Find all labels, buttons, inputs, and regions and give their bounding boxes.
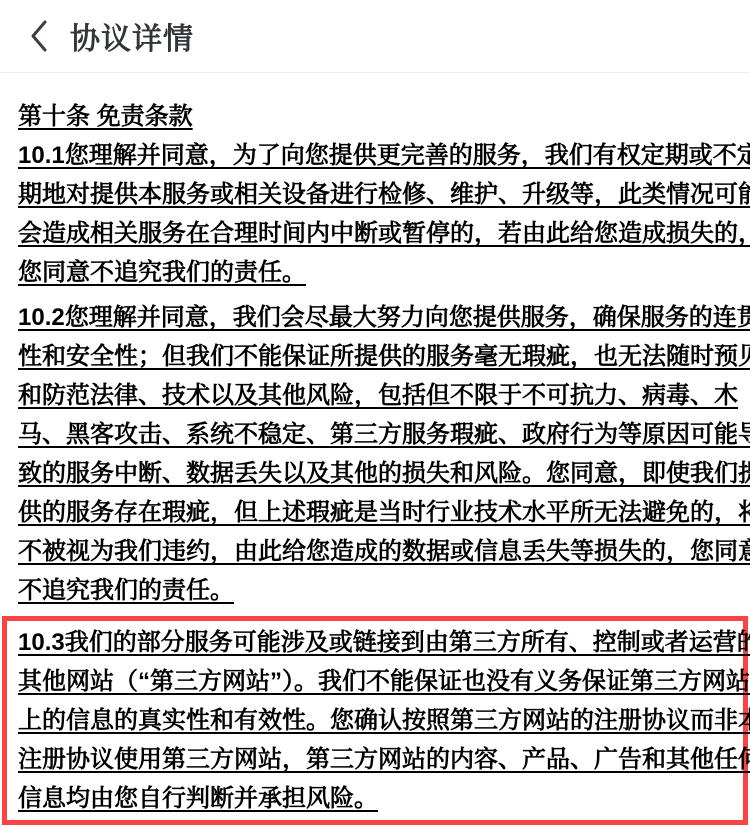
paragraph-line: 10.3我们的部分服务可能涉及或链接到由第三方所有、控制或者运营的	[18, 623, 737, 662]
section-heading: 第十条 免责条款	[18, 97, 732, 136]
chevron-left-icon	[29, 18, 49, 54]
paragraph-line: 不被视为我们违约，由此给您造成的数据或信息丢失等损失的，您同意	[18, 532, 732, 571]
paragraph-line: 期地对提供本服务或相关设备进行检修、维护、升级等，此类情况可能	[18, 175, 732, 214]
paragraph-10-1: 10.1您理解并同意，为了向您提供更完善的服务，我们有权定期或不定 期地对提供本…	[18, 136, 732, 292]
highlighted-clause-10-3: 10.3我们的部分服务可能涉及或链接到由第三方所有、控制或者运营的 其他网站（“…	[2, 616, 748, 825]
back-button[interactable]	[24, 14, 54, 58]
paragraph-line: 性和安全性；但我们不能保证所提供的服务毫无瑕疵，也无法随时预见	[18, 337, 732, 376]
paragraph-line: 信息均由您自行判断并承担风险。	[18, 779, 737, 818]
agreement-content: 第十条 免责条款 10.1您理解并同意，为了向您提供更完善的服务，我们有权定期或…	[0, 73, 750, 825]
paragraph-line: 会造成相关服务在合理时间内中断或暂停的，若由此给您造成损失的，	[18, 214, 732, 253]
paragraph-line: 10.2您理解并同意，我们会尽最大努力向您提供服务，确保服务的连贯	[18, 298, 732, 337]
paragraph-line: 马、黑客攻击、系统不稳定、第三方服务瑕疵、政府行为等原因可能导	[18, 415, 732, 454]
paragraph-line: 和防范法律、技术以及其他风险，包括但不限于不可抗力、病毒、木	[18, 376, 732, 415]
paragraph-line: 不追究我们的责任。	[18, 571, 732, 610]
paragraph-line: 致的服务中断、数据丢失以及其他的损失和风险。您同意，即使我们提	[18, 454, 732, 493]
paragraph-line: 供的服务存在瑕疵，但上述瑕疵是当时行业技术水平所无法避免的，将	[18, 493, 732, 532]
page-title: 协议详情	[70, 14, 194, 58]
paragraph-10-2: 10.2您理解并同意，我们会尽最大努力向您提供服务，确保服务的连贯 性和安全性；…	[18, 298, 732, 610]
paragraph-line: 10.1您理解并同意，为了向您提供更完善的服务，我们有权定期或不定	[18, 136, 732, 175]
paragraph-line: 上的信息的真实性和有效性。您确认按照第三方网站的注册协议而非本	[18, 701, 737, 740]
paragraph-line: 注册协议使用第三方网站，第三方网站的内容、产品、广告和其他任何	[18, 740, 737, 779]
paragraph-line: 其他网站（“第三方网站”）。我们不能保证也没有义务保证第三方网站	[18, 662, 737, 701]
header: 协议详情	[0, 0, 750, 73]
paragraph-line: 您同意不追究我们的责任。	[18, 253, 732, 292]
